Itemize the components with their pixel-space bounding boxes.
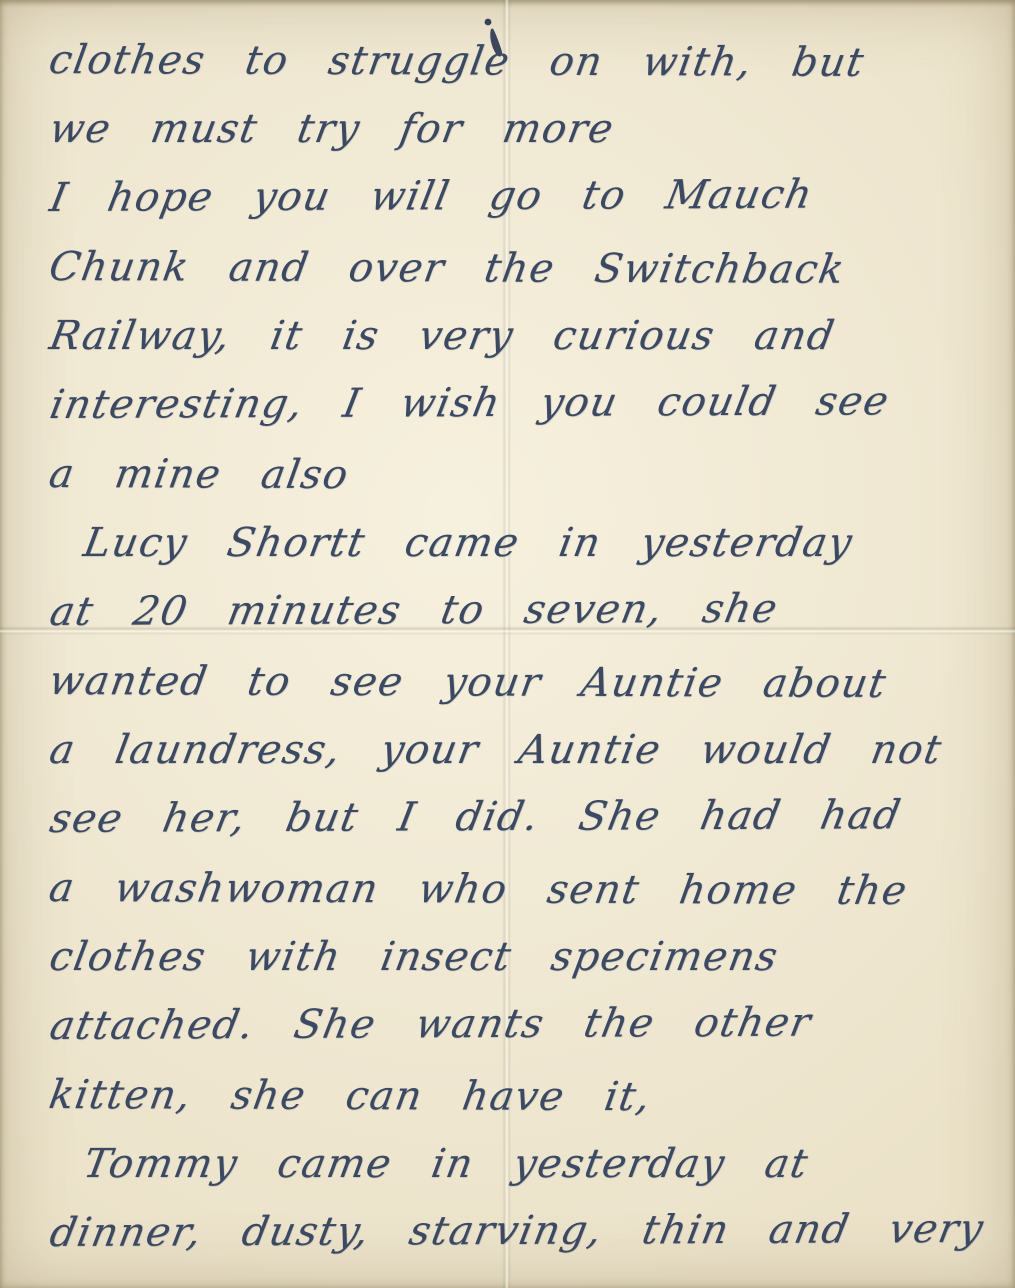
handwritten-line: dinner, dusty, starving, thin and very	[44, 1195, 1015, 1268]
handwritten-line: I hope you will go to Mauch	[44, 160, 1015, 233]
handwritten-line: clothes to struggle on with, but	[44, 26, 1015, 98]
handwritten-line: interesting, I wish you could see	[44, 367, 1015, 440]
handwritten-line: see her, but I did. She had had	[44, 781, 1015, 854]
handwritten-line: a washwoman who sent home the	[44, 854, 1015, 926]
handwritten-line: Lucy Shortt came in yesterday	[44, 509, 1015, 578]
handwritten-line: we must try for more	[44, 95, 1015, 164]
handwritten-line: attached. She wants the other	[44, 988, 1015, 1061]
handwritten-line: at 20 minutes to seven, she	[44, 574, 1015, 647]
handwritten-line: Chunk and over the Switchback	[44, 233, 1015, 305]
handwritten-line: Tommy came in yesterday at	[44, 1130, 1015, 1199]
handwritten-line: kitten, she can have it,	[44, 1061, 1015, 1133]
handwritten-line: a laundress, your Auntie would not	[44, 716, 1015, 785]
letter-page: clothes to struggle on with, butwe must …	[0, 0, 1015, 1288]
letter-body: clothes to struggle on with, butwe must …	[44, 26, 1007, 1268]
handwritten-line: clothes with insect specimens	[44, 923, 1015, 992]
handwritten-line: Railway, it is very curious and	[44, 302, 1015, 371]
handwritten-line: wanted to see your Auntie about	[44, 647, 1015, 719]
handwritten-line: a mine also	[44, 440, 1015, 512]
